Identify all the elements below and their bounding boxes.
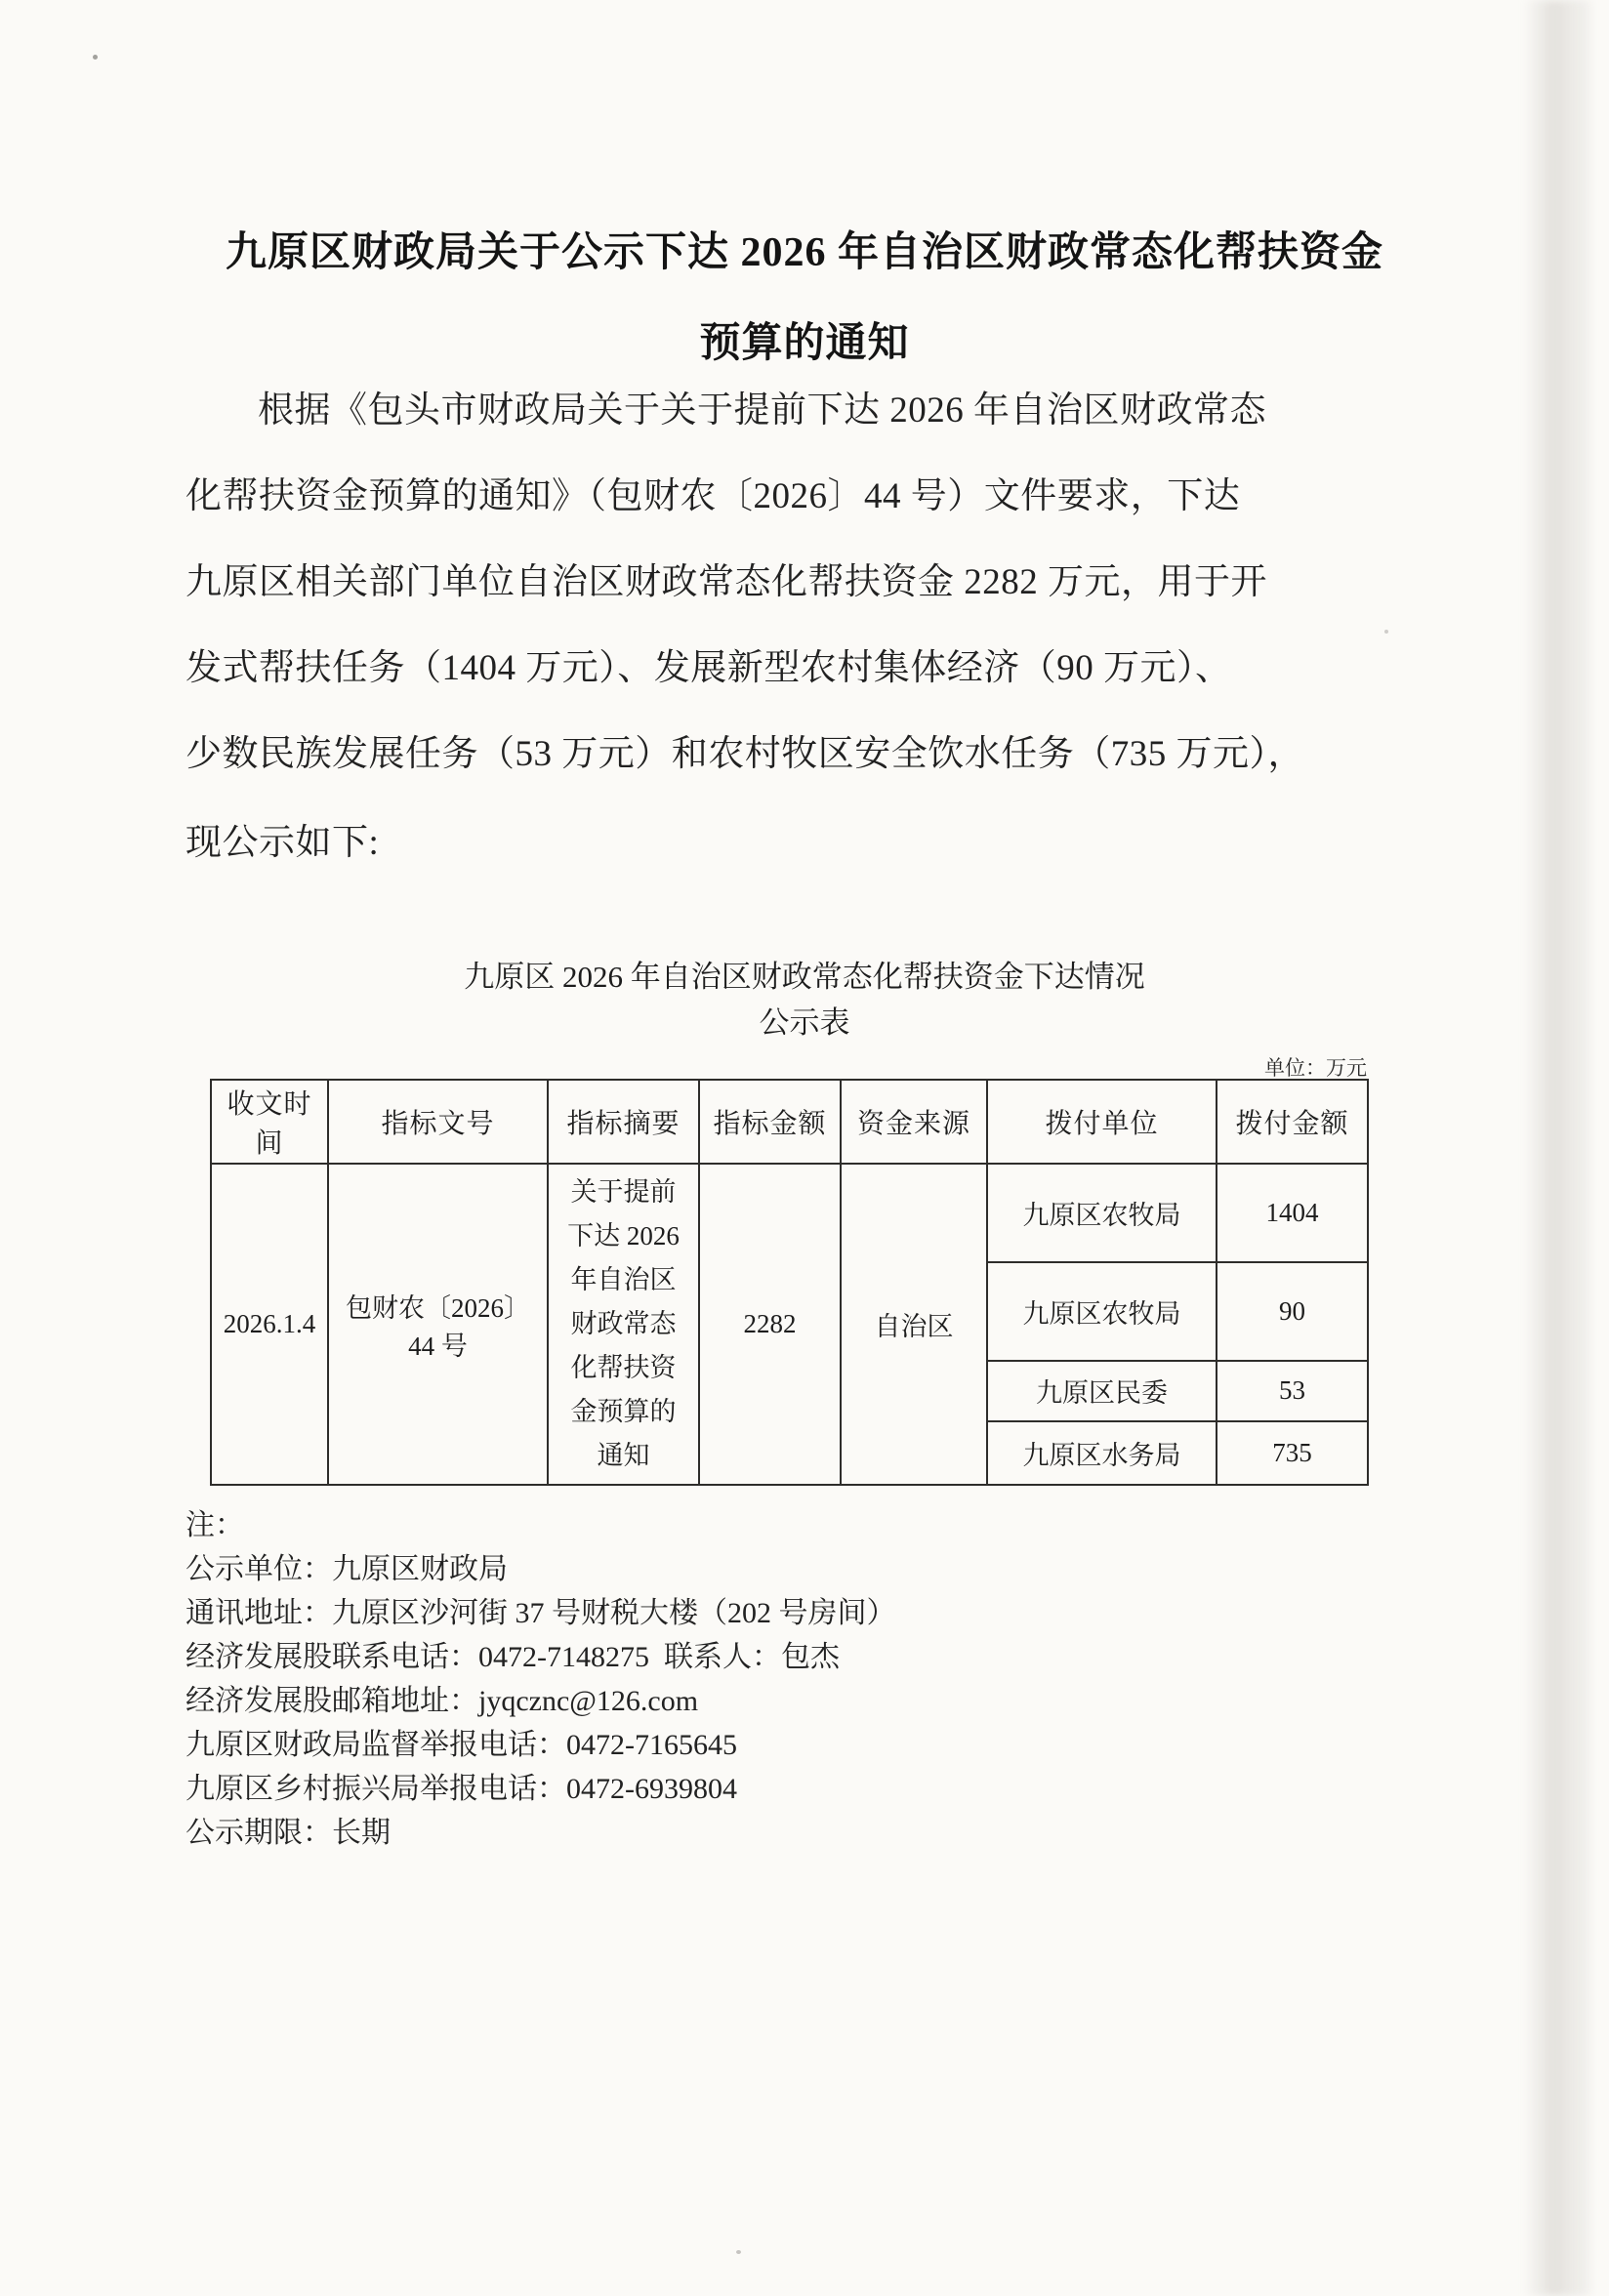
note-line: 注： xyxy=(186,1503,1435,1547)
cell-alloc-amount: 735 xyxy=(1217,1421,1368,1485)
cell-alloc-unit: 九原区农牧局 xyxy=(987,1262,1217,1361)
note-line: 经济发展股联系电话：0472-7148275 联系人：包杰 xyxy=(186,1635,1435,1679)
note-line: 公示单位：九原区财政局 xyxy=(186,1547,1435,1591)
note-line: 九原区财政局监督举报电话：0472-7165645 xyxy=(186,1723,1435,1767)
th-summary: 指标摘要 xyxy=(548,1080,699,1164)
table-title-line2: 公示表 xyxy=(0,998,1609,1042)
body-paragraph-line: 九原区相关部门单位自治区财政常态化帮扶资金 2282 万元，用于开 xyxy=(186,557,1435,608)
note-line: 通讯地址：九原区沙河街 37 号财税大楼（202 号房间） xyxy=(186,1591,1435,1635)
grant-allocation-table: 收文时间 指标文号 指标摘要 指标金额 资金来源 拨付单位 拨付金额 2026.… xyxy=(210,1079,1369,1486)
note-line: 经济发展股邮箱地址：jyqcznc@126.com xyxy=(186,1679,1435,1723)
body-paragraph-line: 现公示如下: xyxy=(186,818,1435,869)
cell-indicator-amount: 2282 xyxy=(699,1164,841,1485)
cell-doc-number: 包财农〔2026〕 44 号 xyxy=(328,1164,548,1485)
note-line: 公示期限：长期 xyxy=(186,1811,1435,1855)
scanned-document-page: 九原区财政局关于公示下达 2026 年自治区财政常态化帮扶资金 预算的通知 根据… xyxy=(0,0,1609,2296)
table-title-line1: 九原区 2026 年自治区财政常态化帮扶资金下达情况 xyxy=(0,952,1609,996)
unit-note: 单位：万元 xyxy=(210,1052,1367,1082)
cell-received-date: 2026.1.4 xyxy=(211,1164,328,1485)
scan-speck xyxy=(736,2250,741,2254)
cell-alloc-unit: 九原区水务局 xyxy=(987,1421,1217,1485)
document-title-line2: 预算的通知 xyxy=(0,310,1609,369)
th-fund-source: 资金来源 xyxy=(841,1080,987,1164)
body-paragraph-line: 化帮扶资金预算的通知》（包财农〔2026〕44 号）文件要求，下达 xyxy=(186,471,1435,522)
note-line: 九原区乡村振兴局举报电话：0472-6939804 xyxy=(186,1767,1435,1811)
footer-notes: 注： 公示单位：九原区财政局 通讯地址：九原区沙河街 37 号财税大楼（202 … xyxy=(186,1503,1435,1855)
scan-speck xyxy=(1384,630,1388,634)
th-payee-unit: 拨付单位 xyxy=(987,1080,1217,1164)
cell-alloc-amount: 53 xyxy=(1217,1361,1368,1421)
cell-alloc-unit: 九原区民委 xyxy=(987,1361,1217,1421)
cell-alloc-unit: 九原区农牧局 xyxy=(987,1164,1217,1262)
th-indicator-amount: 指标金额 xyxy=(699,1080,841,1164)
body-paragraph-line: 少数民族发展任务（53 万元）和农村牧区安全饮水任务（735 万元）， xyxy=(186,729,1435,780)
table-row: 2026.1.4 包财农〔2026〕 44 号 关于提前下达 2026 年自治区… xyxy=(211,1164,1368,1262)
cell-summary: 关于提前下达 2026 年自治区财政常态化帮扶资金预算的通知 xyxy=(548,1164,699,1485)
document-title-line1: 九原区财政局关于公示下达 2026 年自治区财政常态化帮扶资金 xyxy=(0,220,1609,278)
scan-speck xyxy=(93,55,98,60)
cell-fund-source: 自治区 xyxy=(841,1164,987,1485)
body-paragraph-line: 发式帮扶任务（1404 万元）、发展新型农村集体经济（90 万元）、 xyxy=(186,643,1435,694)
th-doc-number: 指标文号 xyxy=(328,1080,548,1164)
table-header-row: 收文时间 指标文号 指标摘要 指标金额 资金来源 拨付单位 拨付金额 xyxy=(211,1080,1368,1164)
cell-alloc-amount: 90 xyxy=(1217,1262,1368,1361)
th-payee-amount: 拨付金额 xyxy=(1217,1080,1368,1164)
cell-alloc-amount: 1404 xyxy=(1217,1164,1368,1262)
body-paragraph-line: 根据《包头市财政局关于关于提前下达 2026 年自治区财政常态 xyxy=(186,386,1435,436)
th-received-date: 收文时间 xyxy=(211,1080,328,1164)
